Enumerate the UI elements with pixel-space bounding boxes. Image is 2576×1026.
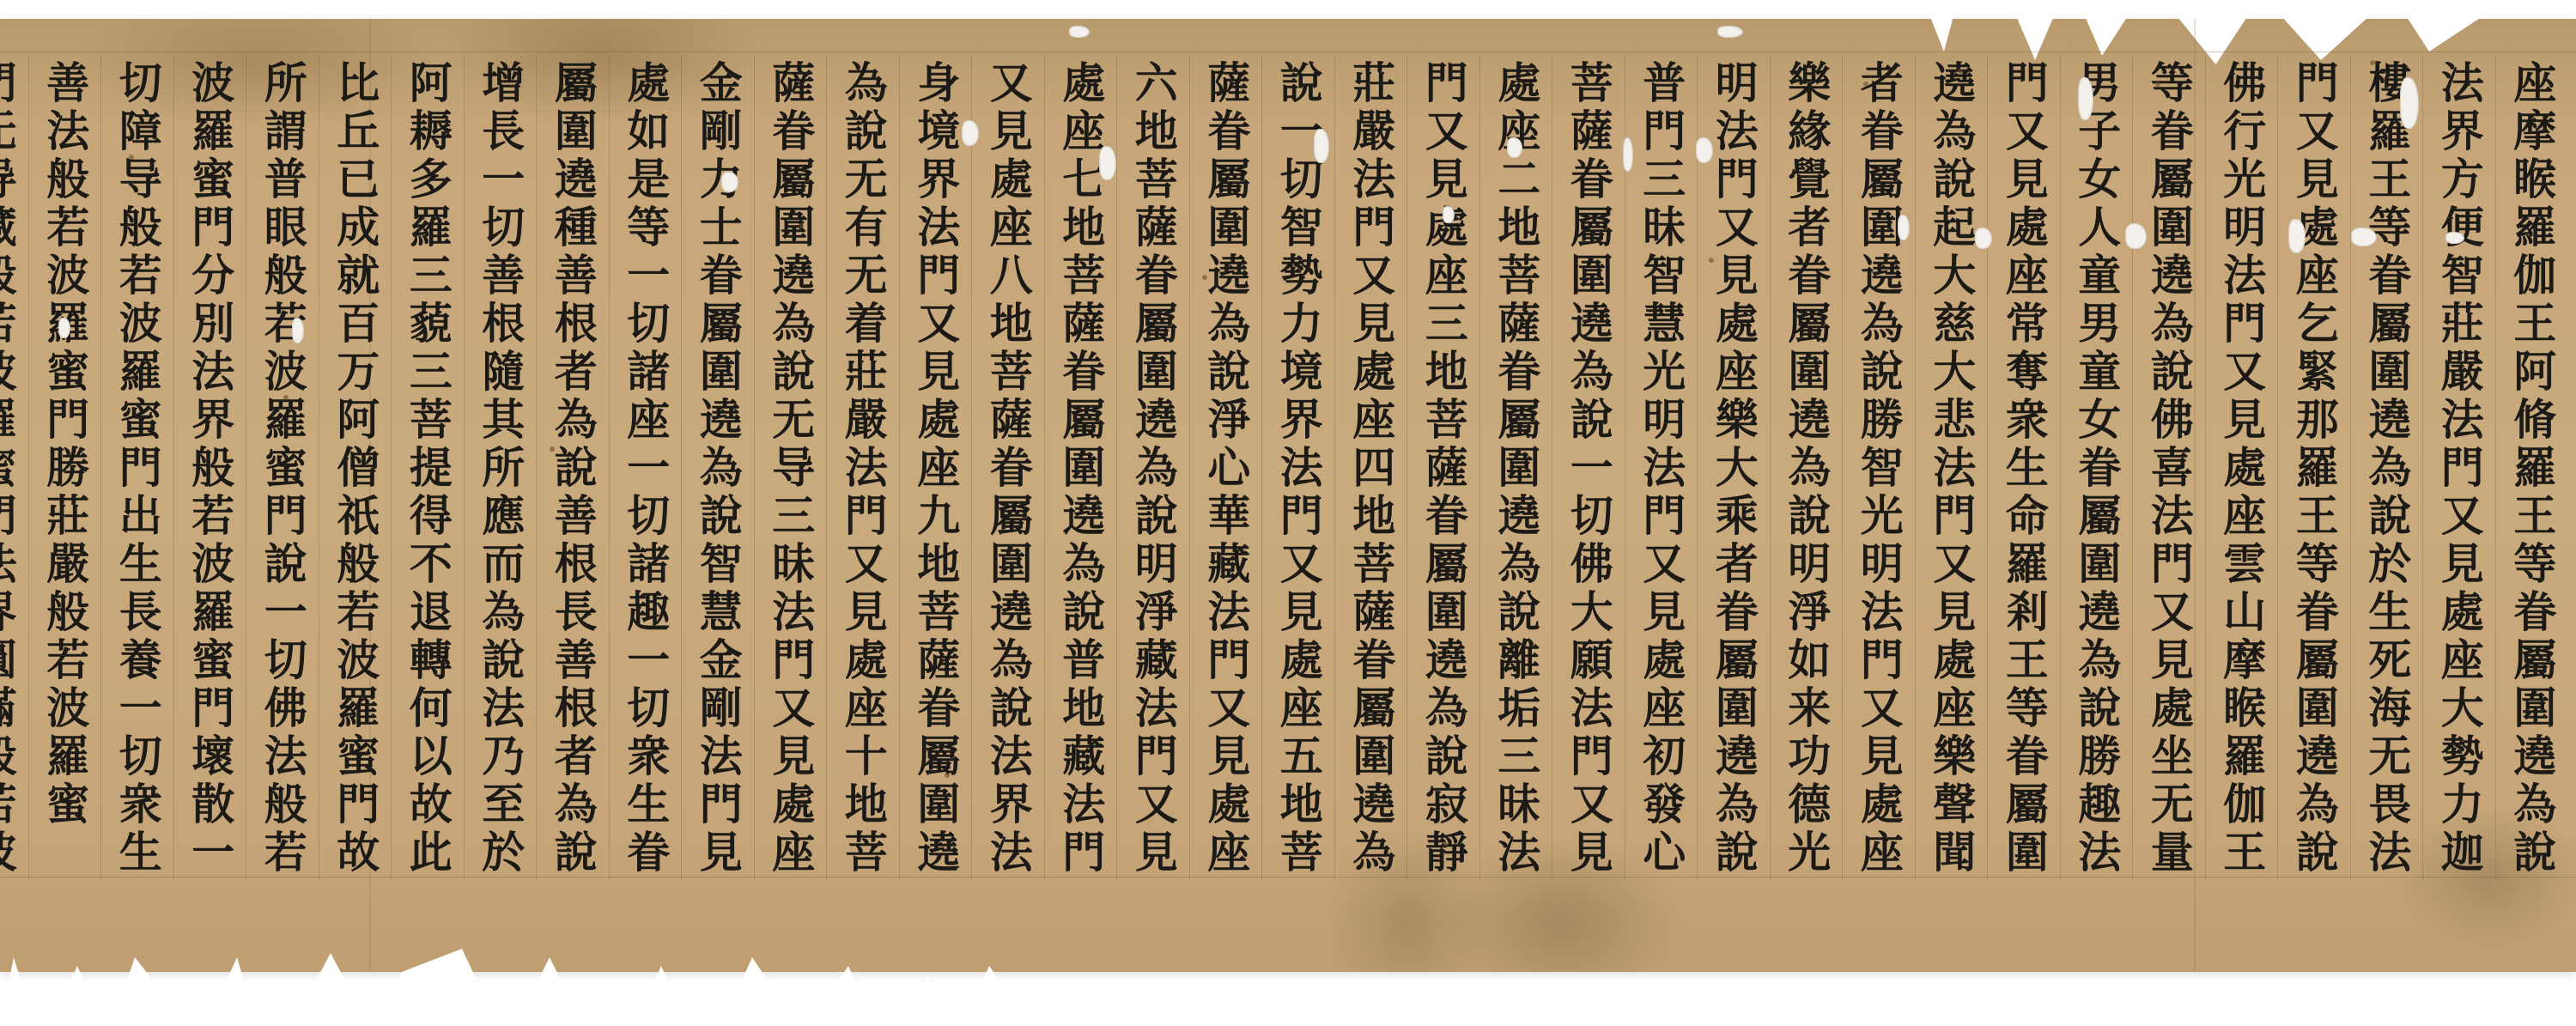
column-text: 普門三昧智慧光明法門又見處座初發心: [1635, 55, 1686, 879]
column-text: 座摩睺羅伽王阿脩羅王等眷屬圍遶為說: [2506, 55, 2557, 879]
text-column: 為說无有无着莊嚴法門又見處座十地菩: [826, 55, 899, 879]
torn-bottom-edge: [635, 966, 687, 1026]
foxing-spot: [1709, 258, 1714, 263]
worm-hole: [1623, 137, 1633, 172]
foxing-spot: [945, 773, 950, 778]
column-text: 樂緣覺者眷屬圍遶為說明淨如来功德光: [1780, 55, 1832, 879]
worm-hole: [962, 120, 979, 146]
text-column: 處座二地菩薩眷屬圍遶為說離垢三昧法: [1479, 55, 1552, 879]
column-text: 處座七地菩薩眷屬圍遶為說普地藏法門: [1054, 55, 1106, 879]
column-text: 莊嚴法門又見處座四地菩薩眷屬圍遶為: [1345, 55, 1396, 879]
column-text: 阿耨多羅三藐三菩提得不退轉何以故此: [402, 55, 453, 879]
column-text: 比丘已成就百万阿僧祇般若波羅蜜門故: [329, 55, 380, 879]
worm-hole: [1898, 215, 1910, 240]
column-text: 男子女人童男童女眷屬圍遶為說勝趣法: [2070, 55, 2122, 879]
column-text: 六地菩薩眷屬圍遶為說明淨藏法門又見: [1127, 55, 1179, 879]
column-text: 薩眷屬圍遶為說淨心華藏法門又見處座: [1200, 55, 1251, 879]
text-column: 座摩睺羅伽王阿脩羅王等眷屬圍遶為說: [2495, 55, 2568, 879]
column-text: 明法門又見處座樂大乘者眷屬圍遶為說: [1708, 55, 1759, 879]
column-text: 處如是等一切諸座一切諸趣一切衆生眷: [619, 55, 671, 879]
column-text: 者眷屬圍遶為說勝智光明法門又見處座: [1853, 55, 1905, 879]
column-text: 法界方便智莊嚴法門又見處座大勢力迦: [2433, 55, 2485, 879]
text-column: 普門三昧智慧光明法門又見處座初發心: [1625, 55, 1698, 879]
column-text: 門又見處座三地菩薩眷屬圍遶為說寂靜: [1418, 55, 1469, 879]
text-column: 菩薩眷屬圍遶為說一切佛大願法門又見: [1552, 55, 1625, 879]
worm-hole: [2351, 228, 2377, 246]
foxing-spot: [283, 395, 289, 400]
column-text: 波羅蜜門分別法界般若波羅蜜門壞散一: [184, 55, 235, 879]
worm-hole: [1696, 137, 1713, 163]
text-column: 說一切智勢力境界法門又見處座五地菩: [1261, 55, 1334, 879]
text-column: 所謂普眼般若波羅蜜門說一切佛法般若: [246, 55, 319, 879]
text-columns: 座摩睺羅伽王阿脩羅王等眷屬圍遶為說 法界方便智莊嚴法門又見處座大勢力迦 樓羅王等…: [0, 55, 2567, 879]
worm-hole: [2125, 223, 2147, 249]
foxing-spot: [1958, 69, 1963, 74]
column-text: 增長一切善根隨其所應而為說法乃至於: [474, 55, 526, 879]
worm-hole: [1314, 129, 1329, 163]
text-column: 薩眷屬圍遶為說无导三昧法門又見處座: [754, 55, 827, 879]
text-column: 樓羅王等眷屬圍遶為說於生死海无畏法: [2350, 55, 2423, 879]
column-text: 薩眷屬圍遶為說无导三昧法門又見處座: [764, 55, 816, 879]
text-column: 佛行光明法門又見處座雲山摩睺羅伽王: [2205, 55, 2278, 879]
worm-hole: [292, 318, 304, 343]
text-column: 樂緣覺者眷屬圍遶為說明淨如来功德光: [1770, 55, 1843, 879]
text-column: 增長一切善根隨其所應而為說法乃至於: [464, 55, 537, 879]
text-column: 等眷屬圍遶為說佛喜法門又見處坐无量: [2132, 55, 2205, 879]
foxing-spot: [1443, 841, 1448, 847]
column-text: 佛行光明法門又見處座雲山摩睺羅伽王: [2215, 55, 2267, 879]
foxing-spot: [1863, 82, 1868, 87]
worm-hole: [2445, 232, 2464, 244]
text-column: 阿耨多羅三藐三菩提得不退轉何以故此: [391, 55, 464, 879]
text-column: 明法門又見處座樂大乘者眷屬圍遶為說: [1697, 55, 1770, 879]
foxing-spot: [2370, 60, 2375, 65]
column-text: 等眷屬圍遶為說佛喜法門又見處坐无量: [2143, 55, 2195, 879]
worm-hole: [1099, 146, 1116, 180]
text-column: 六地菩薩眷屬圍遶為說明淨藏法門又見: [1116, 55, 1189, 879]
column-text: 門又見處座常奪衆生命羅剎王等眷屬圍: [1998, 55, 2050, 879]
worm-hole: [58, 318, 70, 338]
text-column: 比丘已成就百万阿僧祇般若波羅蜜門故: [319, 55, 392, 879]
column-text: 身境界法門又見處座九地菩薩眷屬圍遶: [909, 55, 961, 879]
text-column: 金剛力士眷屬圍遶為說智慧金剛法門見: [681, 55, 754, 879]
torn-bottom-edge: [962, 966, 1030, 1026]
torn-bottom-edge: [902, 974, 953, 1026]
column-text: 樓羅王等眷屬圍遶為說於生死海无畏法: [2360, 55, 2412, 879]
column-text: 善法般若波羅蜜門勝莊嚴般若波羅蜜: [39, 55, 90, 879]
text-column: 切障导般若波羅蜜門出生長養一切衆生: [100, 55, 173, 879]
column-text: 處座二地菩薩眷屬圍遶為說離垢三昧法: [1490, 55, 1541, 879]
column-text: 遶為說起大慈大悲法門又見處座樂聲聞: [1925, 55, 1977, 879]
text-column: 薩眷屬圍遶為說淨心華藏法門又見處座: [1189, 55, 1262, 879]
text-column: 門无导藏般若波羅蜜門法界圓滿般若波: [0, 55, 28, 879]
column-text: 門无导藏般若波羅蜜門法界圓滿般若波: [0, 55, 18, 879]
text-column: 法界方便智莊嚴法門又見處座大勢力迦: [2422, 55, 2495, 879]
worm-hole: [721, 172, 738, 192]
text-column: 又見處座八地菩薩眷屬圍遶為說法界法: [971, 55, 1044, 879]
text-column: 者眷屬圍遶為說勝智光明法門又見處座: [1842, 55, 1915, 879]
text-column: 莊嚴法門又見處座四地菩薩眷屬圍遶為: [1334, 55, 1407, 879]
text-column: 善法般若波羅蜜門勝莊嚴般若波羅蜜: [28, 55, 101, 879]
text-column: 屬圍遶種善根者為說善根長善根者為說: [536, 55, 609, 879]
column-text: 又見處座八地菩薩眷屬圍遶為說法界法: [982, 55, 1034, 879]
text-column: 門又見處座乞緊那羅王等眷屬圍遶為說: [2277, 55, 2350, 879]
text-column: 身境界法門又見處座九地菩薩眷屬圍遶: [899, 55, 972, 879]
text-column: 處如是等一切諸座一切諸趣一切衆生眷: [609, 55, 682, 879]
manuscript-scroll: 座摩睺羅伽王阿脩羅王等眷屬圍遶為說 法界方便智莊嚴法門又見處座大勢力迦 樓羅王等…: [0, 0, 2576, 1026]
worm-hole: [1975, 228, 1992, 249]
column-text: 屬圍遶種善根者為說善根長善根者為說: [547, 55, 598, 879]
foxing-spot: [550, 446, 555, 452]
text-column: 門又見處座三地菩薩眷屬圍遶為說寂靜: [1406, 55, 1479, 879]
worm-hole: [1717, 26, 1743, 38]
text-column: 波羅蜜門分別法界般若波羅蜜門壞散一: [173, 55, 246, 879]
worm-hole: [2288, 219, 2306, 253]
text-column: 門又見處座常奪衆生命羅剎王等眷屬圍: [1987, 55, 2060, 879]
column-text: 門又見處座乞緊那羅王等眷屬圍遶為說: [2288, 55, 2340, 879]
worm-hole: [1507, 137, 1522, 158]
worm-hole: [2400, 77, 2419, 129]
text-column: 遶為說起大慈大悲法門又見處座樂聲聞: [1915, 55, 1988, 879]
foxing-spot: [129, 155, 134, 160]
text-column: 男子女人童男童女眷屬圍遶為說勝趣法: [2060, 55, 2133, 879]
column-text: 切障导般若波羅蜜門出生長養一切衆生: [112, 55, 163, 879]
foxing-spot: [799, 223, 804, 228]
worm-hole: [1069, 26, 1090, 38]
column-text: 說一切智勢力境界法門又見處座五地菩: [1273, 55, 1324, 879]
column-text: 菩薩眷屬圍遶為說一切佛大願法門又見: [1563, 55, 1614, 879]
foxing-spot: [2155, 82, 2160, 87]
foxing-spot: [1202, 275, 1207, 280]
column-text: 所謂普眼般若波羅蜜門說一切佛法般若: [257, 55, 308, 879]
torn-bottom-edge: [807, 966, 876, 1026]
worm-hole: [1443, 206, 1455, 223]
torn-bottom-edge: [1030, 976, 2576, 1026]
worm-hole: [2078, 77, 2093, 120]
torn-bottom-edge: [52, 966, 103, 1026]
column-text: 為說无有无着莊嚴法門又見處座十地菩: [837, 55, 889, 879]
